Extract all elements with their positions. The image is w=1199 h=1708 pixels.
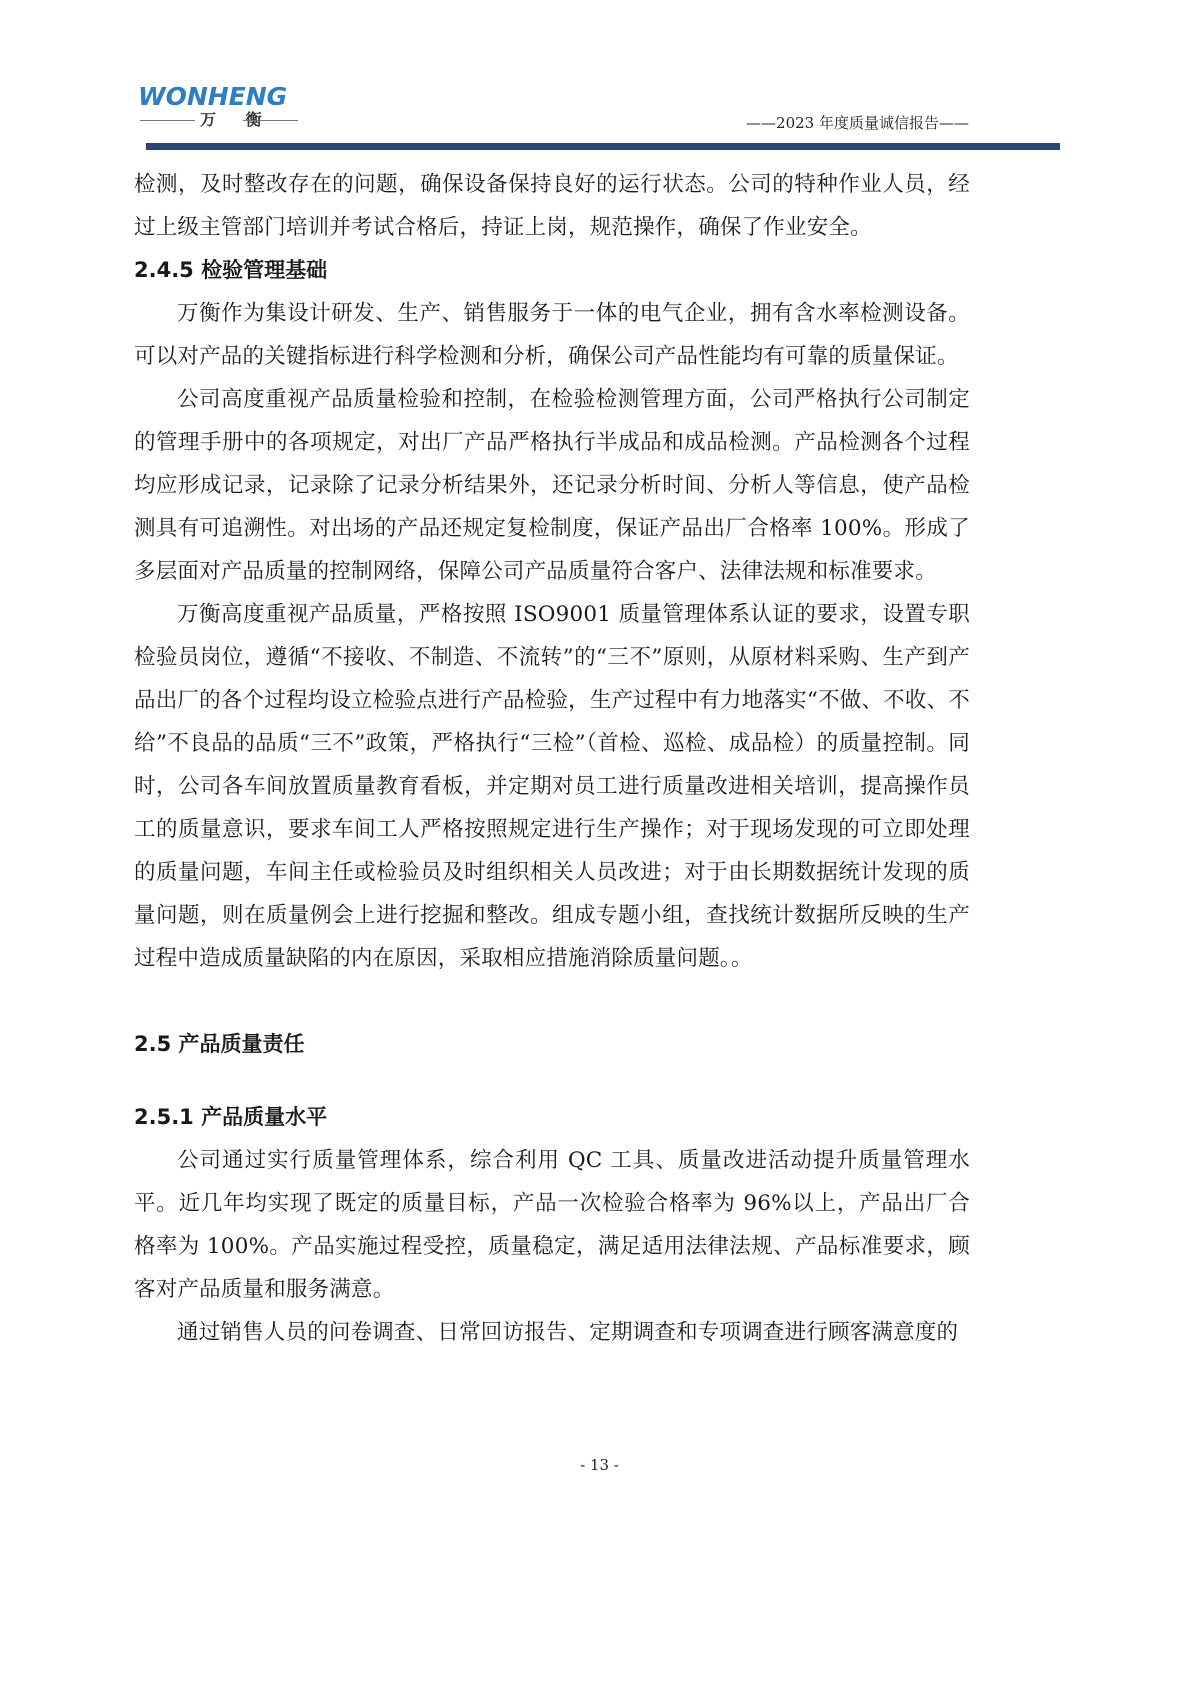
- document-page: WONHENG 万 衡 ——2023 年度质量诚信报告—— 检测，及时整改存在的…: [0, 0, 1199, 1708]
- company-logo: WONHENG 万 衡: [136, 84, 326, 132]
- paragraph: 公司通过实行质量管理体系，综合利用 QC 工具、质量改进活动提升质量管理水平。近…: [134, 1139, 970, 1311]
- paragraph: 公司高度重视产品质量检验和控制，在检验检测管理方面，公司严格执行公司制定的管理手…: [134, 378, 970, 593]
- logo-rule-left: [140, 120, 195, 121]
- report-title: ——2023 年度质量诚信报告——: [746, 112, 969, 133]
- paragraph: 万衡高度重视产品质量，严格按照 ISO9001 质量管理体系认证的要求，设置专职…: [134, 593, 970, 980]
- header-divider-bar: [146, 143, 1060, 150]
- document-body: 检测，及时整改存在的问题，确保设备保持良好的运行状态。公司的特种作业人员，经过上…: [134, 163, 970, 1354]
- paragraph-continuation: 检测，及时整改存在的问题，确保设备保持良好的运行状态。公司的特种作业人员，经过上…: [134, 163, 970, 249]
- logo-subtitle-row: 万 衡: [136, 110, 326, 130]
- logo-wordmark: WONHENG: [138, 84, 287, 110]
- logo-rule-right: [243, 120, 298, 121]
- section-heading-2-5: 2.5 产品质量责任: [134, 1023, 970, 1066]
- paragraph: 通过销售人员的问卷调查、日常回访报告、定期调查和专项调查进行顾客满意度的: [134, 1311, 970, 1354]
- paragraph: 万衡作为集设计研发、生产、销售服务于一体的电气企业，拥有含水率检测设备。可以对产…: [134, 292, 970, 378]
- section-heading-2-5-1: 2.5.1 产品质量水平: [134, 1096, 970, 1139]
- page-number: - 13 -: [0, 1456, 1199, 1474]
- section-heading-2-4-5: 2.4.5 检验管理基础: [134, 249, 970, 292]
